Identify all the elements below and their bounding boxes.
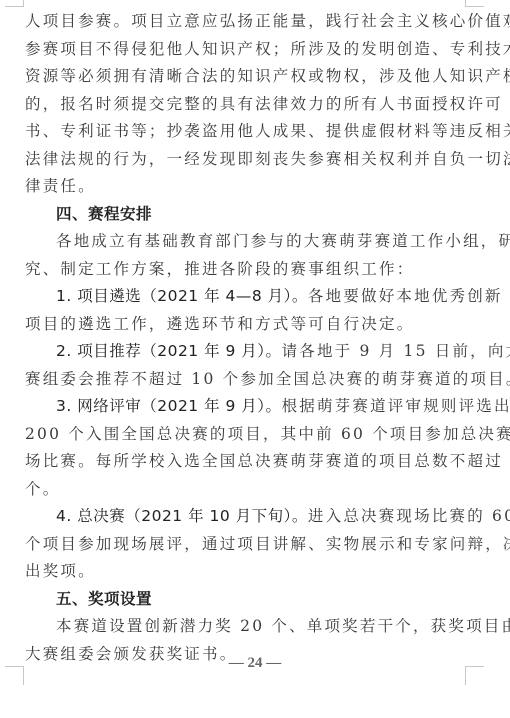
item-label: 4. 总决赛（2021 年 10 月下旬）。: [56, 507, 308, 525]
text-line: 书、专利证书等；抄袭盗用他人成果、提供虚假材料等违反相关: [25, 118, 465, 146]
schedule-item-1: 1. 项目遴选（2021 年 4—8 月）。各地要做好本地优秀创新 项目的遴选工…: [25, 283, 465, 338]
crop-mark-top-right: [465, 0, 484, 7]
paragraph-schedule-intro: 各地成立有基础教育部门参与的大赛萌芽赛道工作小组，研 究、制定工作方案，推进各阶…: [25, 228, 465, 283]
page-number: — 24 —: [0, 655, 510, 672]
text-line: 200 个入围全国总决赛的项目，其中前 60 个项目参加总决赛现: [25, 421, 465, 449]
text-line: 参赛项目不得侵犯他人知识产权；所涉及的发明创造、专利技术、: [25, 36, 465, 64]
schedule-item-4: 4. 总决赛（2021 年 10 月下旬）。进入总决赛现场比赛的 60 个项目参…: [25, 503, 465, 586]
text-line: 2. 项目推荐（2021 年 9 月）。请各地于 9 月 15 日前，向大: [25, 338, 465, 366]
item-text: 请各地于 9 月 15 日前，向大: [282, 342, 510, 360]
text-line: 1. 项目遴选（2021 年 4—8 月）。各地要做好本地优秀创新: [25, 283, 465, 311]
item-text: 进入总决赛现场比赛的 60: [308, 507, 510, 525]
text-line: 本赛道设置创新潜力奖 20 个、单项奖若干个，获奖项目由: [25, 613, 465, 641]
section-heading-awards: 五、奖项设置: [25, 586, 465, 614]
text-line: 3. 网络评审（2021 年 9 月）。根据萌芽赛道评审规则评选出: [25, 393, 465, 421]
item-label: 2. 项目推荐（2021 年 9 月）。: [56, 342, 282, 360]
item-label: 1. 项目遴选（2021 年 4—8 月）。: [56, 287, 308, 305]
document-page: 人项目参赛。项目立意应弘扬正能量，践行社会主义核心价值观。 参赛项目不得侵犯他人…: [25, 8, 465, 668]
paragraph-ip-rules: 人项目参赛。项目立意应弘扬正能量，践行社会主义核心价值观。 参赛项目不得侵犯他人…: [25, 8, 465, 201]
item-label: 3. 网络评审（2021 年 9 月）。: [56, 397, 282, 415]
section-heading-schedule: 四、赛程安排: [25, 201, 465, 229]
text-line: 的，报名时须提交完整的具有法律效力的所有人书面授权许可: [25, 91, 465, 119]
crop-mark-top-left: [5, 0, 24, 7]
text-line: 出奖项。: [25, 558, 465, 586]
text-line: 个项目参加现场展评，通过项目讲解、实物展示和专家问辩，决: [25, 531, 465, 559]
text-line: 法律法规的行为，一经发现即刻丧失参赛相关权利并自负一切法: [25, 146, 465, 174]
item-text: 根据萌芽赛道评审规则评选出: [282, 397, 510, 415]
text-line: 人项目参赛。项目立意应弘扬正能量，践行社会主义核心价值观。: [25, 8, 465, 36]
text-line: 个。: [25, 476, 465, 504]
text-line: 各地成立有基础教育部门参与的大赛萌芽赛道工作小组，研: [25, 228, 465, 256]
item-text: 各地要做好本地优秀创新: [308, 287, 503, 305]
schedule-item-2: 2. 项目推荐（2021 年 9 月）。请各地于 9 月 15 日前，向大 赛组…: [25, 338, 465, 393]
text-line: 律责任。: [25, 173, 465, 201]
schedule-item-3: 3. 网络评审（2021 年 9 月）。根据萌芽赛道评审规则评选出 200 个入…: [25, 393, 465, 503]
text-line: 项目的遴选工作，遴选环节和方式等可自行决定。: [25, 311, 465, 339]
text-line: 资源等必须拥有清晰合法的知识产权或物权，涉及他人知识产权: [25, 63, 465, 91]
text-line: 赛组委会推荐不超过 10 个参加全国总决赛的萌芽赛道的项目。: [25, 366, 465, 394]
text-line: 4. 总决赛（2021 年 10 月下旬）。进入总决赛现场比赛的 60: [25, 503, 465, 531]
text-line: 究、制定工作方案，推进各阶段的赛事组织工作：: [25, 256, 465, 284]
text-line: 场比赛。每所学校入选全国总决赛萌芽赛道的项目总数不超过 2: [25, 448, 465, 476]
